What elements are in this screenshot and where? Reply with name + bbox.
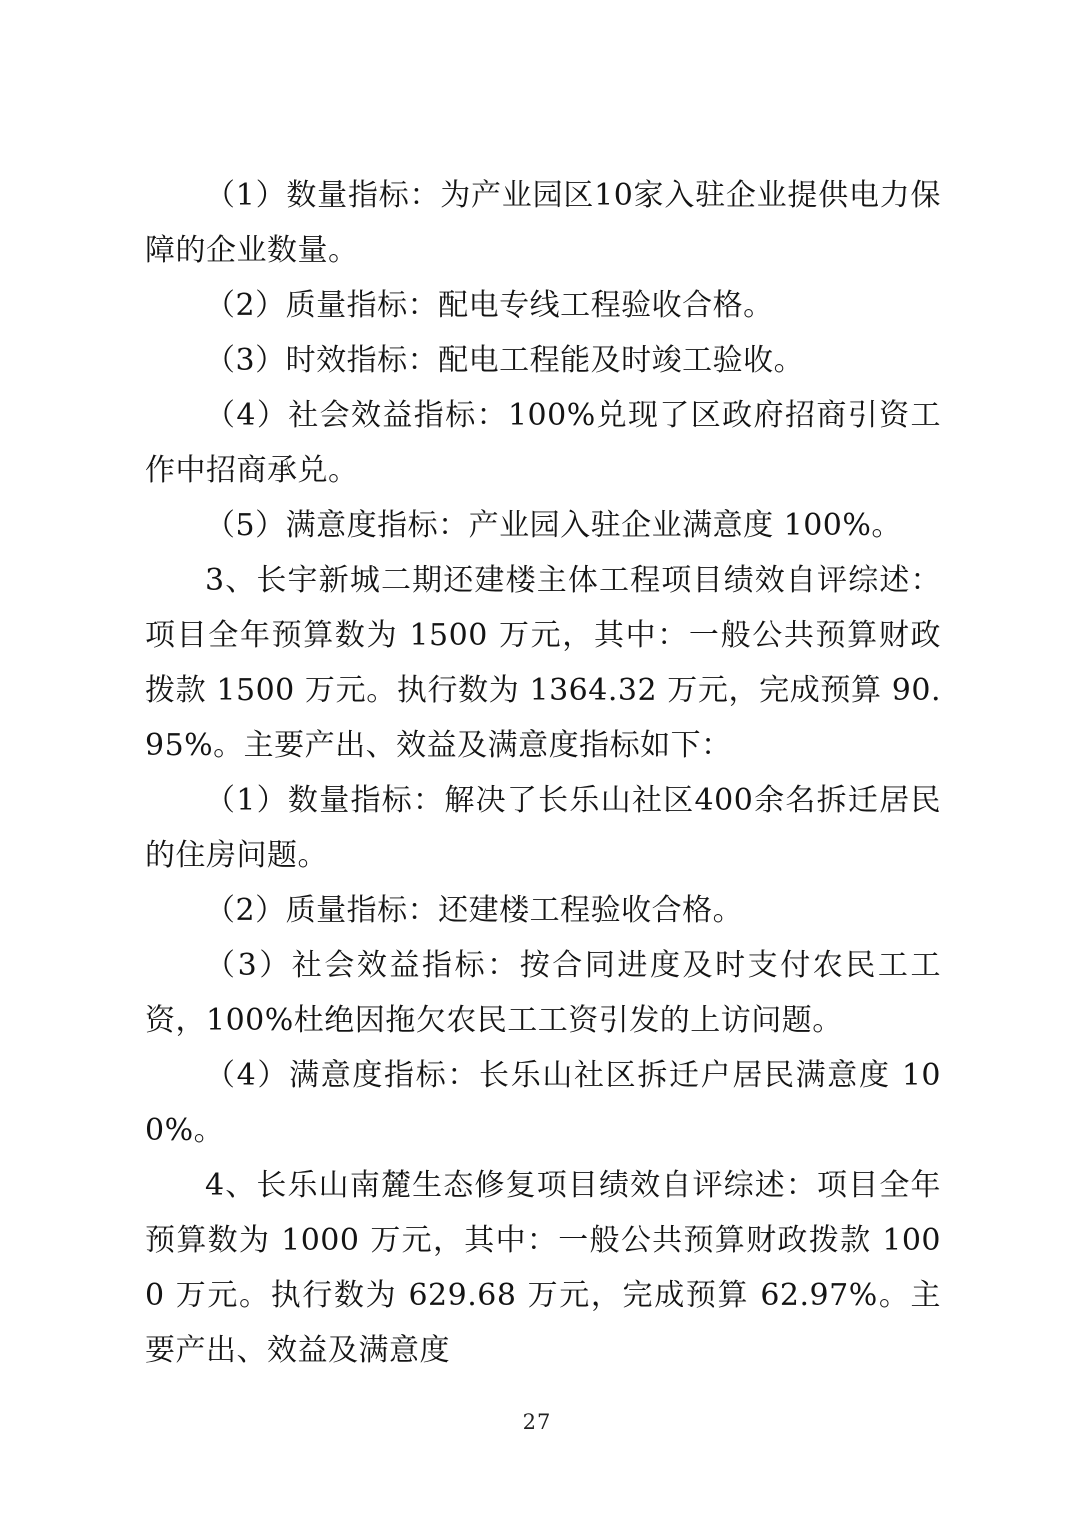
paragraph-project-3-summary: 3、长宇新城二期还建楼主体工程项目绩效自评综述：项目全年预算数为 1500 万元…	[145, 553, 941, 773]
paragraph-project-3-indicator-3: （3）社会效益指标：按合同进度及时支付农民工工资，100%杜绝因拖欠农民工工资引…	[145, 938, 941, 1048]
page-footer: 27	[0, 1410, 1074, 1434]
paragraph-indicator-5-satisfaction: （5）满意度指标：产业园入驻企业满意度 100%。	[145, 498, 941, 553]
paragraph-project-4-summary: 4、长乐山南麓生态修复项目绩效自评综述：项目全年预算数为 1000 万元，其中：…	[145, 1158, 941, 1378]
paragraph-project-3-indicator-1: （1）数量指标：解决了长乐山社区400余名拆迁居民的住房问题。	[145, 773, 941, 883]
paragraph-indicator-2-quality: （2）质量指标：配电专线工程验收合格。	[145, 278, 941, 333]
paragraph-project-3-indicator-2: （2）质量指标：还建楼工程验收合格。	[145, 883, 941, 938]
paragraph-project-3-indicator-4: （4）满意度指标：长乐山社区拆迁户居民满意度 100%。	[145, 1048, 941, 1158]
paragraph-indicator-3-timeliness: （3）时效指标：配电工程能及时竣工验收。	[145, 333, 941, 388]
document-body: （1）数量指标：为产业园区10家入驻企业提供电力保障的企业数量。 （2）质量指标…	[145, 168, 941, 1378]
paragraph-indicator-1-quantity: （1）数量指标：为产业园区10家入驻企业提供电力保障的企业数量。	[145, 168, 941, 278]
paragraph-indicator-4-social-benefit: （4）社会效益指标：100%兑现了区政府招商引资工作中招商承兑。	[145, 388, 941, 498]
document-page: （1）数量指标：为产业园区10家入驻企业提供电力保障的企业数量。 （2）质量指标…	[0, 0, 1074, 1520]
page-number: 27	[523, 1410, 552, 1434]
